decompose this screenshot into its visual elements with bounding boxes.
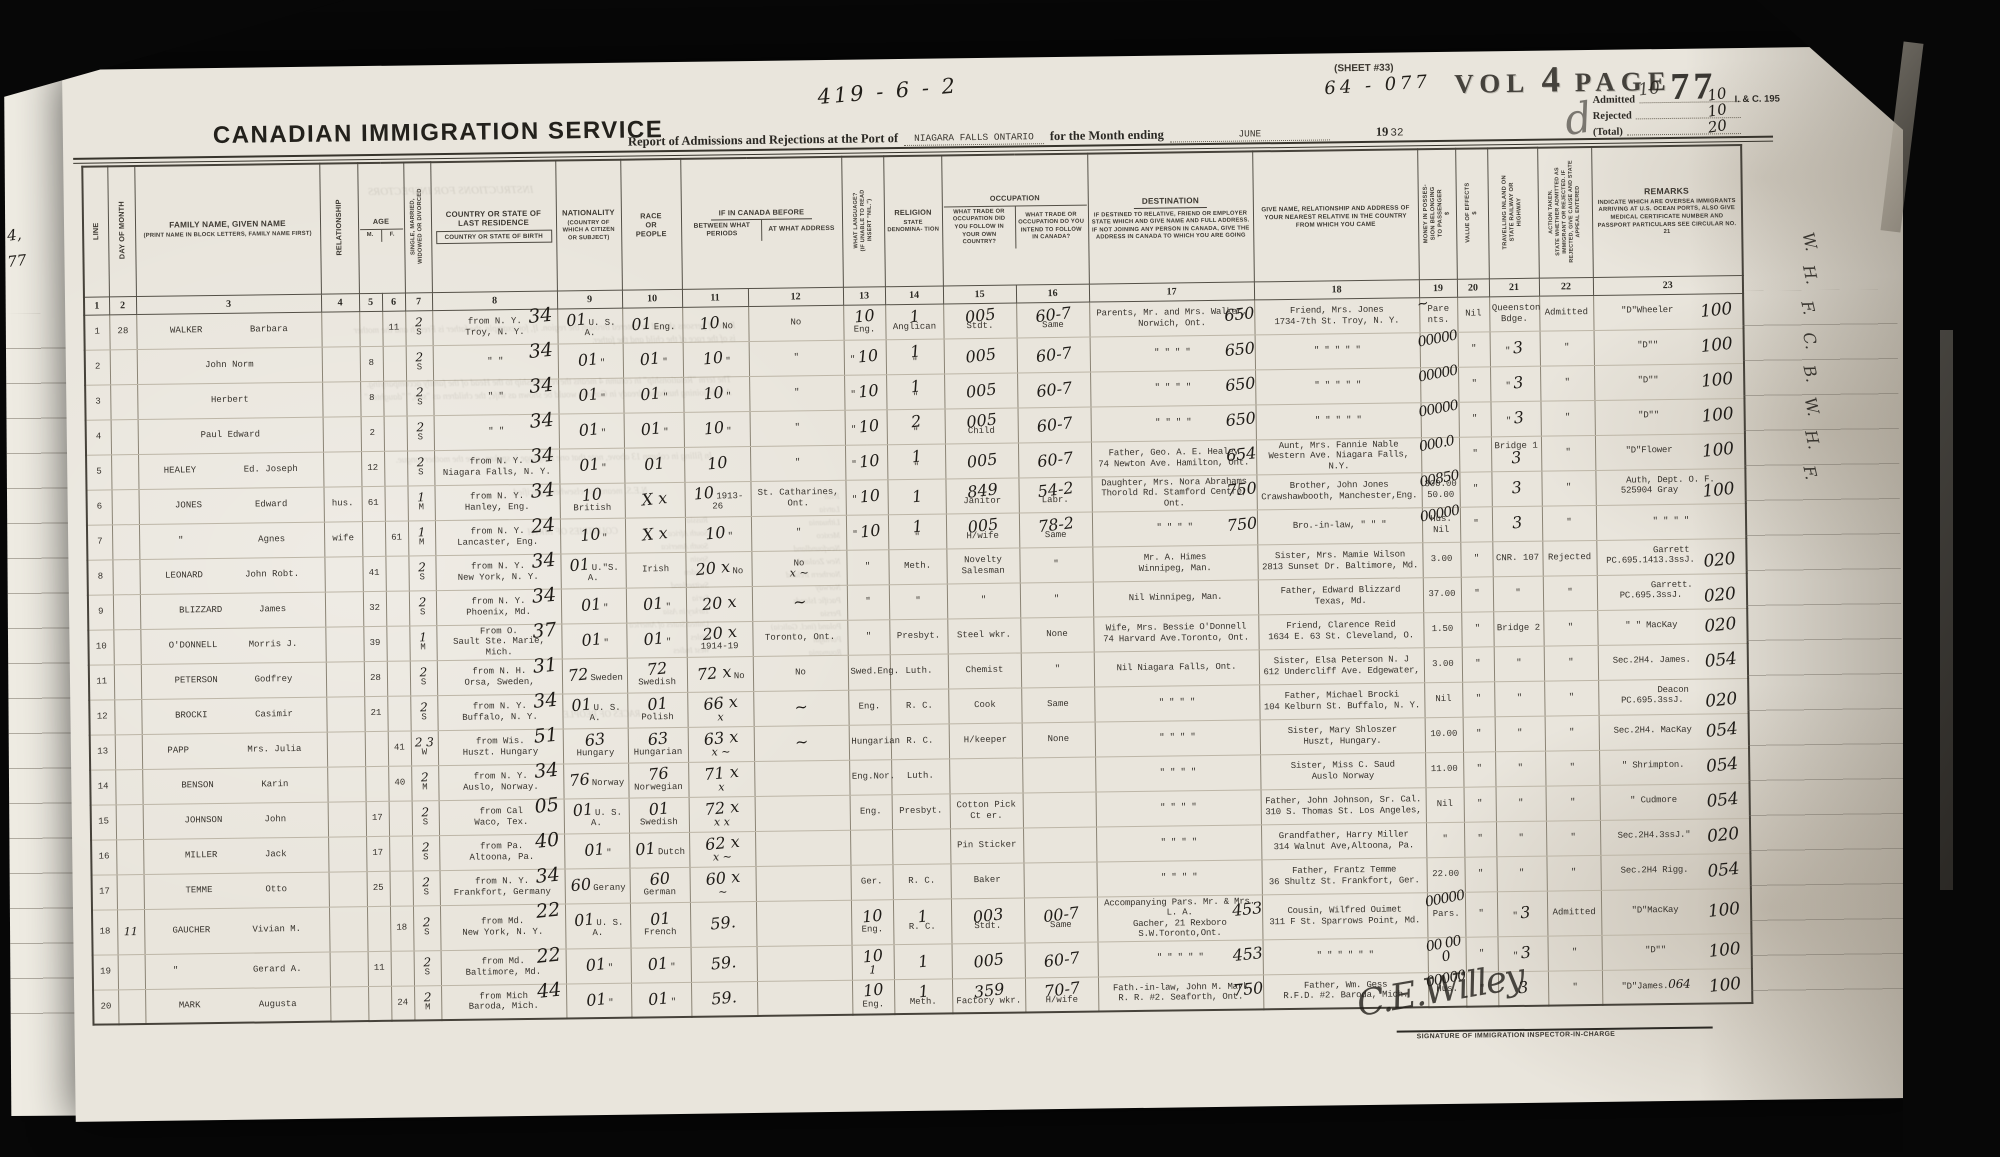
typed-entry: S	[419, 572, 425, 582]
typed-entry: "	[1517, 693, 1523, 703]
cell-r3-c16: 60-7	[1017, 372, 1090, 408]
typed-entry: 17	[99, 887, 110, 897]
cell-r14-c10: 76Norwegian	[628, 762, 688, 798]
cell-r11-c22: "	[1544, 645, 1598, 681]
typed-entry: "	[1568, 623, 1574, 633]
handwritten-entry: 3	[1519, 905, 1530, 919]
cell-r19-c4	[330, 951, 368, 986]
cell-r1-c23: "D"100Wheeler	[1593, 293, 1743, 330]
cell-r18-c6: 18	[390, 905, 414, 950]
cell-r6-c21: 3	[1491, 471, 1541, 507]
typed-entry: 8	[369, 358, 375, 368]
typed-entry: None	[1046, 629, 1068, 639]
typed-entry: 21	[370, 708, 381, 718]
typed-entry: "	[1473, 484, 1479, 494]
cell-r10-c17: Wife, Mrs. Bessie O'Donnell 74 Harvard A…	[1093, 614, 1258, 651]
margin-handwriting-right: W.	[1798, 230, 1821, 252]
typed-entry: "	[1566, 483, 1572, 493]
cell-r20-c8: from Mich Baroda, Mich.44	[441, 983, 566, 1020]
cell-r4-c2	[111, 419, 138, 454]
cell-r17-c1: 17	[92, 874, 117, 909]
typed-entry: 20	[101, 1001, 112, 1011]
cell-r4-c3: Paul Edward	[138, 417, 323, 454]
cell-r8-c5: 41	[362, 556, 385, 591]
cell-r17-c4	[329, 871, 367, 906]
typed-entry: BLIZZARD	[179, 605, 259, 617]
typed-entry: 11.00	[1431, 764, 1458, 774]
handwritten-entry: 650	[1225, 411, 1256, 427]
cell-r17-c15: Baker	[950, 862, 1023, 898]
handwritten-entry: 453	[1231, 901, 1262, 917]
typed-entry: Brother, John Jones Crawshawbooth, Manch…	[1261, 480, 1417, 502]
cell-r7-c19: Hus. Nil00000	[1422, 507, 1460, 542]
cell-r12-c19: Nil	[1424, 682, 1462, 717]
cell-r17-c23: Sec.2H4 Rigg.054	[1600, 853, 1750, 890]
typed-entry: "	[852, 494, 858, 504]
typed-entry: "	[1565, 448, 1571, 458]
typed-entry: 19	[100, 967, 111, 977]
admissions-table: LINE DAY OF MONTH FAMILY NAME, GIVEN NAM…	[81, 144, 1753, 1026]
typed-entry: "D"	[1632, 905, 1648, 915]
cell-r4-c9: 01"	[559, 413, 624, 449]
handwritten-entry: 750	[1232, 981, 1263, 997]
cell-r4-c1: 4	[86, 419, 111, 454]
handwritten-entry: 34	[529, 413, 554, 428]
typed-entry: "	[662, 357, 668, 367]
cell-r6-c13: "10	[845, 479, 887, 515]
typed-entry: "	[1567, 588, 1573, 598]
cell-r16-c9: 01"	[564, 833, 629, 869]
cell-r3-c15: 005	[944, 373, 1017, 409]
month-value: JUNE	[1170, 127, 1330, 142]
handwritten-entry: 10	[854, 308, 876, 323]
typed-entry: Wheeler	[1637, 305, 1674, 315]
cell-r14-c18: Sister, Miss C. Saud Auslo Norway	[1260, 752, 1425, 789]
col-marital-status: SINGLE, MARRIED, WIDOWED OR DIVORCED	[403, 162, 432, 292]
typed-entry: No	[734, 671, 745, 681]
cell-r6-c14: 1	[887, 478, 945, 514]
column-number: 15	[943, 285, 1016, 304]
typed-entry: Morris J.	[249, 639, 298, 650]
typed-entry: 22.00	[1432, 869, 1459, 879]
cell-r18-c22: Admitted	[1547, 890, 1602, 936]
handwritten-entry: 00000	[1424, 889, 1465, 909]
cell-r12-c12: ~	[753, 690, 848, 726]
handwritten-entry: ~	[1416, 297, 1429, 312]
cell-r19-c23: "D"100"	[1602, 933, 1752, 970]
cell-r2-c16: 60-7	[1017, 337, 1090, 373]
scanned-immigration-ledger: { "page": { "handwriting_top": "419 - 6 …	[0, 0, 2000, 1157]
cell-r7-c3: "Agnes	[139, 522, 324, 559]
cell-r2-c1: 2	[85, 349, 110, 384]
cell-r13-c19: 10.00	[1425, 717, 1463, 752]
typed-entry: "	[850, 354, 856, 364]
typed-entry: Godfrey	[255, 674, 293, 685]
cell-r6-c19: 300.00 50.0000850	[1421, 472, 1459, 507]
cell-r10-c19: 1.50	[1423, 612, 1461, 647]
cell-r11-c13: Swed.Eng.	[848, 654, 890, 690]
handwritten-entry: 40	[535, 833, 560, 848]
typed-entry: Friend, Clarence Reid 1634 E. 63 St. Cle…	[1268, 620, 1414, 642]
typed-entry: Casimir	[255, 709, 293, 720]
typed-entry: Hungarian	[634, 747, 683, 758]
typed-entry: "	[1477, 764, 1483, 774]
typed-entry: German	[644, 887, 677, 897]
handwritten-entry: 34	[533, 693, 558, 708]
cell-r13-c4	[327, 731, 365, 766]
typed-entry: "	[1569, 693, 1575, 703]
ledger-lines-right-margin	[1742, 289, 1906, 994]
cell-r11-c3: PETERSONGodfrey	[141, 662, 326, 699]
cell-r16-c2	[116, 839, 143, 874]
handwritten-entry: 72	[646, 661, 668, 676]
handwritten-entry: 01	[649, 911, 671, 926]
typed-entry: 11	[96, 677, 107, 687]
typed-entry: PETERSON	[175, 675, 255, 687]
column-number: 5	[359, 293, 382, 311]
total-label: (Total)	[1593, 127, 1623, 138]
cell-r18-c17: Accompanying Pars. Mr. & Mrs. L. A. Gach…	[1097, 894, 1263, 941]
cell-r15-c19: Nil	[1426, 787, 1464, 822]
handwritten-entry: 2	[415, 843, 437, 852]
typed-entry: " " " "	[1159, 732, 1196, 742]
cell-r19-c3: "Gerard A.	[145, 952, 330, 989]
cell-r9-c14: "	[889, 583, 947, 619]
cell-r13-c2	[115, 734, 142, 769]
typed-entry: Sweden	[590, 672, 623, 682]
cell-r15-c18: Father, John Johnson, Sr. Cal. 310 S. Th…	[1261, 787, 1426, 824]
typed-entry: Mr. A. Himes Winnipeg, Man.	[1139, 552, 1212, 573]
cell-r16-c23: Sec.2H4.3ssJ."020	[1600, 818, 1750, 855]
typed-entry: Garrett. PC.695.3ssJ.	[1620, 579, 1693, 600]
typed-entry: Admitted	[1553, 907, 1596, 918]
handwritten-entry: 2	[408, 353, 430, 362]
handwritten-entry: x ~	[690, 747, 751, 757]
port-value: NIAGARA FALLS ONTARIO	[904, 131, 1044, 146]
typed-entry: Eng.	[862, 999, 884, 1009]
cell-r17-c3: TEMMEOtto	[144, 872, 329, 909]
typed-entry: "	[1475, 659, 1481, 669]
cell-r9-c21: "	[1493, 576, 1543, 612]
handwritten-entry: 01	[648, 991, 670, 1006]
typed-entry: "	[1472, 449, 1478, 459]
col-action-taken: ACTION TAKEN. STATE WHETHER ADMITTED AS …	[1537, 147, 1593, 278]
typed-entry: Sister, Mary Shloszer Huszt, Hungary.	[1288, 725, 1397, 747]
cell-r15-c3: JOHNSONJohn	[143, 802, 328, 839]
cell-r12-c5: 21	[364, 696, 387, 731]
cell-r15-c5: 17	[366, 801, 389, 836]
typed-entry: from Pa. Altoona, Pa.	[469, 841, 534, 862]
typed-entry: Same	[1047, 699, 1069, 709]
cell-r10-c13: "	[847, 619, 889, 655]
document-title: CANADIAN IMMIGRATION SERVICE	[213, 116, 664, 150]
typed-entry: BROCKI	[175, 710, 255, 722]
handwritten-entry: 654	[1225, 446, 1256, 462]
col-remarks: REMARKS INDICATE WHICH ARE OVERSEA IMMIG…	[1591, 145, 1743, 277]
cell-r7-c18: Bro.-in-law, " " "	[1257, 507, 1422, 544]
column-number: 9	[557, 290, 622, 309]
cell-r14-c19: 11.00	[1425, 752, 1463, 787]
cell-r7-c20: "	[1460, 506, 1492, 541]
margin-handwriting-right: H.	[1799, 263, 1822, 286]
cell-r13-c10: 63Hungarian	[628, 727, 688, 763]
cell-r7-c1: 7	[87, 524, 112, 559]
handwritten-entry: x	[690, 712, 751, 722]
handwritten-entry: 750	[1226, 516, 1257, 532]
column-number: 12	[748, 287, 843, 306]
typed-entry: " " " "	[1160, 767, 1197, 777]
cell-r14-c20: "	[1463, 751, 1495, 786]
typed-entry: French	[644, 927, 677, 937]
handwritten-entry: ~	[794, 699, 809, 713]
cell-r12-c18: Father, Michael Brocki 104 Kelburn St. B…	[1259, 682, 1424, 719]
handwritten-entry: 005	[948, 381, 1013, 399]
cell-r2-c5: 8	[360, 346, 383, 381]
cell-r8-c17: Mr. A. Himes Winnipeg, Man.	[1092, 544, 1257, 581]
cell-r4-c16: 60-7	[1018, 407, 1091, 443]
cell-r12-c14: R. C.	[890, 688, 948, 724]
cell-r7-c14: 1"	[888, 513, 946, 549]
cell-r6-c15: 849Janitor	[945, 478, 1018, 514]
typed-entry: " "	[487, 356, 503, 366]
cell-r15-c9: 01U. S. A.	[564, 798, 629, 834]
cell-r20-c12	[757, 980, 852, 1016]
handwritten-entry: 00000	[1416, 329, 1457, 349]
typed-entry: "	[606, 848, 612, 858]
cell-r15-c2	[116, 804, 143, 839]
cell-r6-c17: Daughter, Mrs. Nora Abrahams Thorold Rd.…	[1091, 474, 1256, 511]
typed-entry: Cotton Pick Ct er.	[956, 800, 1016, 821]
cell-r3-c19: 00000	[1420, 367, 1458, 402]
cell-r8-c3: LEONARDJohn Robt.	[139, 557, 324, 594]
cell-r4-c18: " " " " "	[1256, 402, 1421, 439]
column-number: 18	[1254, 279, 1419, 299]
typed-entry: 28	[370, 673, 381, 683]
typed-entry: 10	[96, 642, 107, 652]
cell-r3-c18: " " " " "	[1255, 367, 1420, 404]
col-destination: DESTINATION IF DESTINED TO RELATIVE, FRI…	[1087, 151, 1254, 283]
cell-r12-c17: " " " "	[1094, 684, 1259, 721]
typed-entry: "	[1570, 798, 1576, 808]
cell-r12-c1: 12	[89, 699, 114, 734]
col-money: MONEY IN POSSES- SION BELONGING TO PASSE…	[1417, 149, 1457, 279]
handwritten-entry: 100	[1700, 338, 1733, 354]
cell-r8-c1: 8	[87, 559, 112, 594]
cell-r16-c21: "	[1496, 821, 1546, 857]
handwritten-entry: 10	[703, 420, 725, 435]
cell-r15-c20: "	[1464, 786, 1496, 821]
cell-r20-c6: 24	[391, 985, 414, 1020]
typed-entry: Norwegian	[634, 782, 683, 793]
cell-r11-c9: 72Sweden	[562, 658, 627, 694]
typed-entry: None	[1048, 734, 1070, 744]
cell-r3-c21: "3	[1490, 366, 1540, 402]
typed-entry: "	[1477, 799, 1483, 809]
handwritten-entry: 3	[1512, 375, 1523, 389]
column-number: 19	[1419, 279, 1457, 297]
typed-entry: "	[795, 458, 801, 468]
typed-entry: " " " "	[1161, 872, 1198, 882]
cell-r2-c14: 1"	[886, 338, 944, 374]
cell-r3-c1: 3	[85, 384, 110, 419]
typed-entry: "	[663, 427, 669, 437]
cell-r20-c5	[368, 986, 391, 1021]
handwritten-entry: 71 x	[703, 765, 739, 781]
header-row: LINE DAY OF MONTH FAMILY NAME, GIVEN NAM…	[82, 145, 1743, 297]
typed-entry: TEMME	[185, 885, 265, 897]
column-number: 2	[109, 296, 136, 314]
typed-entry: Augusta	[259, 999, 297, 1010]
typed-entry: "	[1054, 594, 1060, 604]
typed-entry: Nil Winnipeg, Man.	[1129, 592, 1223, 603]
typed-entry: S	[424, 927, 430, 937]
cell-r18-c3: GAUCHERVivian M.	[144, 907, 330, 954]
cell-r19-c12	[757, 945, 852, 981]
cell-r5-c16: 60-7	[1018, 442, 1091, 478]
typed-entry: "	[1518, 798, 1524, 808]
cell-r19-c17: " " " " "453	[1098, 939, 1263, 976]
column-number: 6	[382, 293, 405, 311]
typed-entry: 17	[372, 848, 383, 858]
handwritten-entry: 70-7	[1029, 980, 1094, 998]
column-number: 7	[405, 292, 432, 310]
cell-r18-c21: "3	[1497, 891, 1548, 937]
typed-entry: M	[420, 642, 426, 652]
cell-r6-c4: hus.	[323, 486, 361, 521]
cell-r19-c14: 1	[894, 943, 952, 979]
cell-r2-c22: "	[1540, 330, 1594, 366]
typed-entry: 12	[97, 712, 108, 722]
typed-entry: M	[418, 502, 424, 512]
typed-entry: "	[1564, 378, 1570, 388]
typed-entry: S	[423, 852, 429, 862]
cell-r5-c21: Bridge 13	[1491, 436, 1541, 472]
cell-r16-c10: 01Dutch	[629, 832, 689, 868]
typed-entry: Gerard A.	[253, 964, 302, 975]
cell-r8-c15: Novelty Salesman	[946, 548, 1019, 584]
typed-entry: " Shrimp­ton.	[1622, 760, 1685, 771]
cell-r10-c21: Bridge 2	[1493, 611, 1543, 647]
cell-r16-c4	[328, 836, 366, 871]
typed-entry: Fath.-in-law, John M. Mark R. R. #2. Sea…	[1113, 981, 1248, 1003]
typed-entry: No	[790, 318, 801, 328]
handwritten-entry: 650	[1224, 376, 1255, 392]
cell-r7-c4: wife	[324, 521, 362, 556]
cell-r19-c6	[391, 950, 414, 985]
typed-entry: "	[1564, 343, 1570, 353]
cell-r10-c22: "	[1543, 610, 1597, 646]
handwritten-entry: 10	[859, 488, 881, 503]
typed-entry: CNR. 107	[1496, 553, 1539, 564]
handwritten-entry: 1	[897, 908, 947, 925]
handwritten-entry: 11	[120, 927, 142, 936]
typed-entry: 3.00	[1431, 554, 1453, 564]
cell-r2-c7: 2S	[406, 345, 433, 380]
typed-entry: "	[1055, 664, 1061, 674]
typed-entry: 1	[94, 327, 100, 337]
typed-entry: "	[608, 997, 614, 1007]
handwritten-entry: 054	[1706, 758, 1739, 774]
typed-entry: "	[173, 965, 253, 977]
cell-r9-c6	[386, 591, 409, 626]
handwritten-entry: 44	[537, 983, 562, 998]
cell-r18-c10: 01French	[630, 902, 691, 948]
typed-entry: "	[1506, 416, 1512, 426]
cell-r13-c1: 13	[90, 734, 115, 769]
typed-entry: 2	[370, 428, 376, 438]
cell-r13-c17: " " " "	[1095, 719, 1260, 756]
cell-r5-c22: "	[1541, 435, 1595, 471]
cell-r4-c7: 2S	[407, 415, 434, 450]
handwritten-entry: ~	[692, 887, 753, 897]
handwritten-entry: 1	[891, 448, 941, 465]
cell-r2-c18: " " " " "	[1255, 332, 1420, 369]
cell-r18-c18: Cousin, Wilfred Ouimet 311 F St. Sparrow…	[1262, 892, 1428, 939]
handwritten-entry: 100	[1709, 977, 1742, 993]
typed-entry: Pin Sticker	[957, 840, 1017, 851]
cell-r14-c7: 2M	[411, 765, 438, 800]
cell-r14-c9: 76Norway	[563, 763, 628, 799]
cell-r8-c19: 3.00	[1422, 542, 1460, 577]
cell-r16-c3: MILLERJack	[143, 837, 328, 874]
typed-entry: " " " " "	[1315, 415, 1362, 426]
cell-r2-c2	[110, 349, 137, 384]
cell-r12-c4	[326, 696, 364, 731]
handwritten-entry: 10	[859, 523, 881, 538]
cell-r16-c13	[850, 829, 892, 865]
typed-entry: U. S. A.	[591, 807, 622, 828]
handwritten-entry: 22	[536, 903, 561, 918]
typed-entry: "	[1474, 554, 1480, 564]
cell-r3-c12: "	[749, 375, 844, 411]
handwritten-entry: 78-2	[1023, 515, 1088, 533]
typed-entry: "	[1654, 410, 1659, 420]
cell-r9-c1: 9	[88, 594, 113, 629]
margin-handwriting-left: 4,	[6, 225, 22, 244]
cell-r15-c10: 01Swedish	[629, 797, 689, 833]
handwritten-entry: 72 x	[697, 665, 733, 681]
cell-r16-c11: 62 xx ~	[689, 831, 755, 867]
typed-entry: "	[794, 423, 800, 433]
cell-r4-c4	[323, 416, 361, 451]
handwritten-entry: 3	[1511, 451, 1522, 465]
typed-entry: Steel wkr.	[957, 630, 1011, 641]
typed-entry: " " MacKay	[1625, 620, 1677, 631]
typed-entry: "	[178, 535, 258, 547]
typed-entry: "	[1566, 518, 1572, 528]
admitted-rejected-totals: Admitted 10 Rejected 10 (Total) 20	[1592, 88, 1743, 138]
cell-r19-c15: 005	[952, 942, 1025, 978]
typed-entry: hus.	[332, 498, 354, 508]
handwritten-entry: 064	[1668, 977, 1690, 991]
handwritten-entry: 3	[1520, 945, 1531, 959]
typed-entry: "D"	[1638, 410, 1654, 420]
cell-r7-c21: 3	[1492, 506, 1542, 542]
typed-entry: S	[425, 967, 431, 977]
typed-entry: "	[1472, 414, 1478, 424]
cell-r13-c16: None	[1022, 722, 1095, 758]
cell-r13-c7: 2 3W	[411, 730, 438, 765]
rejected-label: Rejected	[1593, 110, 1632, 122]
cell-r1-c18: Friend, Mrs. Jones 1734-7th St. Troy, N.…	[1254, 297, 1419, 334]
handwritten-entry: 34	[534, 763, 559, 778]
cell-r11-c19: 3.00	[1424, 647, 1462, 682]
typed-entry: Norway	[592, 777, 625, 787]
cell-r12-c23: Deacon PC.695.3ssJ.020	[1598, 678, 1748, 715]
cell-r17-c20: "	[1464, 856, 1496, 891]
typed-entry: " Cudmore	[1630, 795, 1677, 806]
col-day-of-month: DAY OF MONTH	[107, 166, 136, 296]
